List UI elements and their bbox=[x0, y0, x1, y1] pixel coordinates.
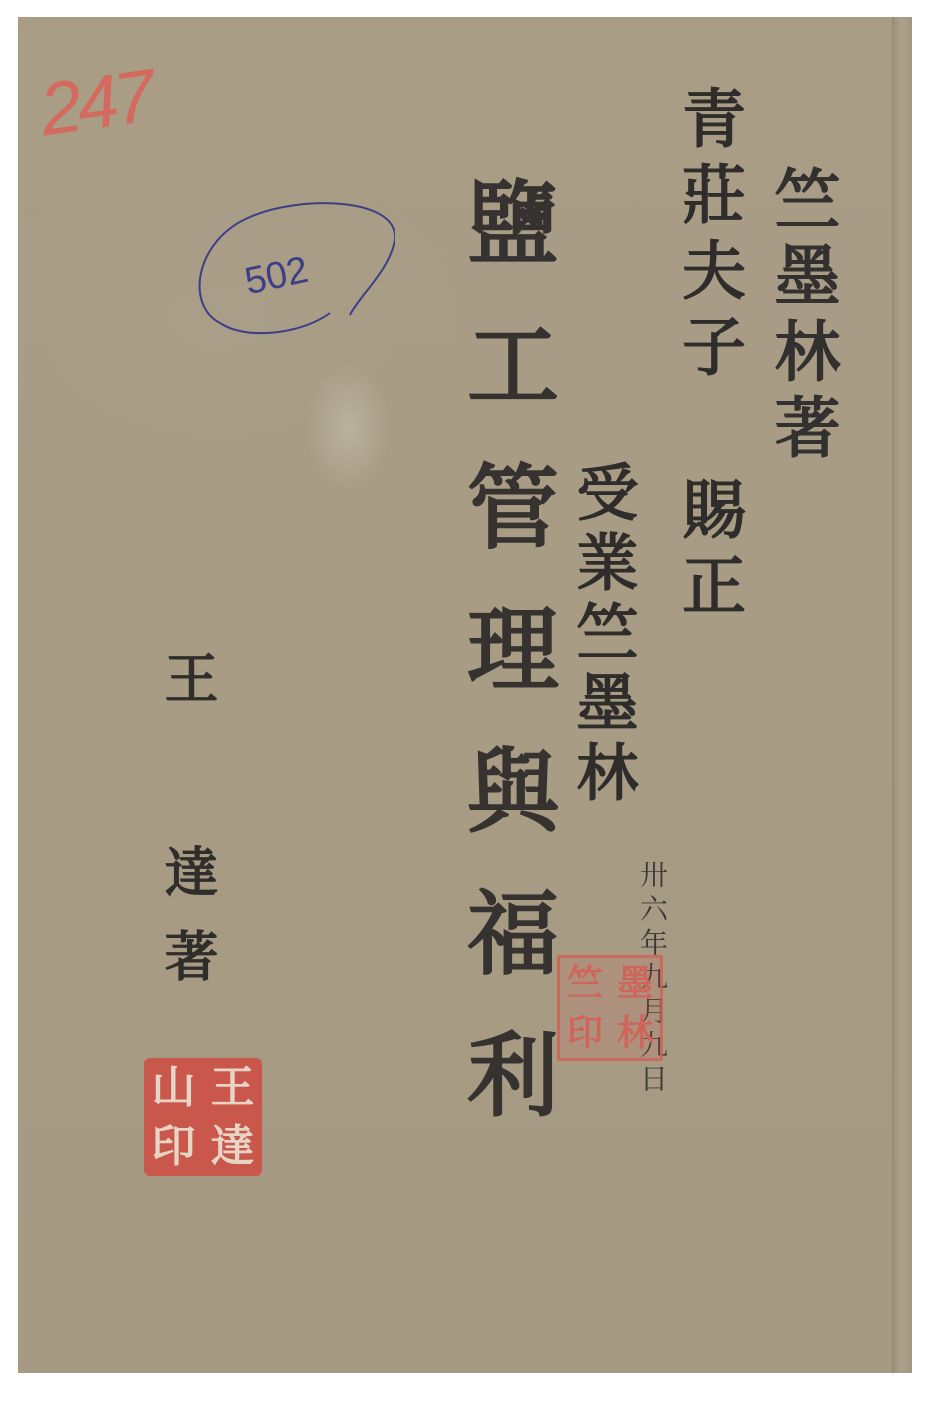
inscription-recipient-line: 青莊夫子 賜正 bbox=[662, 85, 754, 628]
inscription-signature-line: 受業竺墨林 bbox=[558, 460, 647, 810]
inscription-author-line: 竺墨林著 bbox=[755, 165, 850, 469]
author-seal-stamp: 王 達 山 印 bbox=[144, 1058, 262, 1176]
seal-char: 林 bbox=[610, 1015, 660, 1051]
author-credit: 達著 bbox=[156, 844, 220, 1012]
author-surname: 王 bbox=[156, 650, 220, 734]
seal-char: 墨 bbox=[610, 965, 660, 1001]
seal-char: 王 bbox=[203, 1066, 262, 1110]
book-title: 鹽工管理與福利 bbox=[440, 175, 572, 1169]
author-name: 王達著 bbox=[150, 650, 227, 1012]
seal-char: 印 bbox=[560, 1015, 610, 1051]
seal-char: 達 bbox=[203, 1125, 262, 1169]
seal-char: 竺 bbox=[560, 965, 610, 1001]
library-number-red-pencil: 247 bbox=[35, 53, 157, 153]
spine-strip bbox=[892, 17, 912, 1373]
dedication-seal-stamp: 墨 林 竺 印 bbox=[557, 955, 663, 1061]
seal-char: 印 bbox=[144, 1125, 203, 1169]
seal-char: 山 bbox=[144, 1066, 203, 1110]
